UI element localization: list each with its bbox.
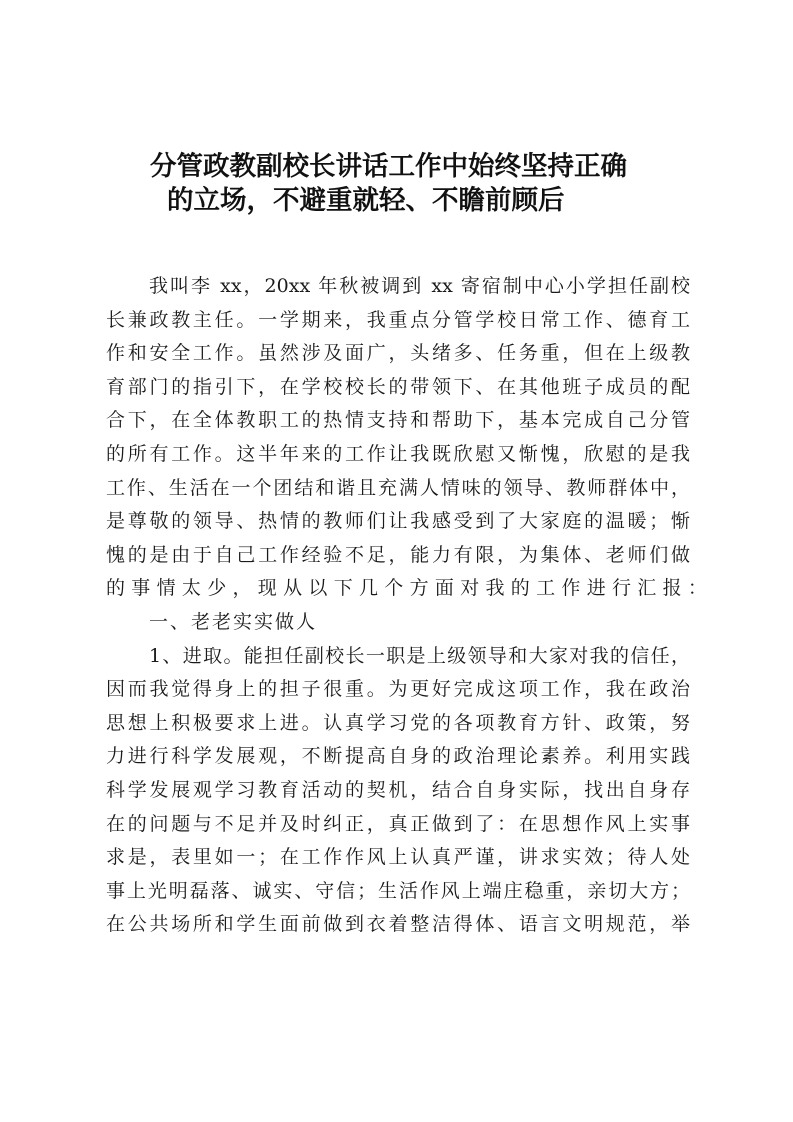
title-line-2: 的立场，不避重就轻、不瞻前顾后 (150, 184, 710, 218)
text-line: 工作、生活在一个团结和谐且充满人情味的领导、教师群体中， (106, 472, 690, 506)
text-line: 求是，表里如一；在工作作风上认真严谨，讲求实效；待人处 (106, 841, 690, 875)
text-line: 长兼政教主任。一学期来，我重点分管学校日常工作、德育工 (106, 304, 690, 338)
section-heading-text: 一、老老实实做人 (106, 606, 690, 640)
text-line: 的所有工作。这半年来的工作让我既欣慰又惭愧，欣慰的是我 (106, 438, 690, 472)
text-line: 愧的是由于自己工作经验不足，能力有限，为集体、老师们做 (106, 539, 690, 573)
text-line: 合下，在全体教职工的热情支持和帮助下，基本完成自己分管 (106, 404, 690, 438)
document-title: 分管政教副校长讲话工作中始终坚持正确 的立场，不避重就轻、不瞻前顾后 (150, 150, 710, 218)
title-line-1: 分管政教副校长讲话工作中始终坚持正确 (150, 150, 710, 184)
text-line: 在公共场所和学生面前做到衣着整洁得体、语言文明规范，举 (106, 908, 690, 942)
text-line: 1、进取。能担任副校长一职是上级领导和大家对我的信任， (106, 640, 690, 674)
text-line: 在的问题与不足并及时纠正，真正做到了：在思想作风上实事 (106, 808, 690, 842)
document-body: 我叫李 xx，20xx 年秋被调到 xx 寄宿制中心小学担任副校 长兼政教主任。… (106, 270, 690, 942)
text-line: 育部门的指引下，在学校校长的带领下、在其他班子成员的配 (106, 371, 690, 405)
paragraph-progress: 1、进取。能担任副校长一职是上级领导和大家对我的信任， 因而我觉得身上的担子很重… (106, 640, 690, 942)
document-page: 分管政教副校长讲话工作中始终坚持正确 的立场，不避重就轻、不瞻前顾后 我叫李 x… (0, 0, 793, 1122)
text-line: 思想上积极要求上进。认真学习党的各项教育方针、政策，努 (106, 707, 690, 741)
text-line: 的事情太少，现从以下几个方面对我的工作进行汇报： (106, 572, 690, 606)
text-line: 科学发展观学习教育活动的契机，结合自身实际，找出自身存 (106, 774, 690, 808)
text-line: 作和安全工作。虽然涉及面广，头绪多、任务重，但在上级教 (106, 337, 690, 371)
paragraph-intro: 我叫李 xx，20xx 年秋被调到 xx 寄宿制中心小学担任副校 长兼政教主任。… (106, 270, 690, 606)
section-heading: 一、老老实实做人 (106, 606, 690, 640)
text-line: 因而我觉得身上的担子很重。为更好完成这项工作，我在政治 (106, 673, 690, 707)
text-line: 我叫李 xx，20xx 年秋被调到 xx 寄宿制中心小学担任副校 (106, 270, 690, 304)
text-line: 力进行科学发展观，不断提高自身的政治理论素养。利用实践 (106, 740, 690, 774)
text-line: 事上光明磊落、诚实、守信；生活作风上端庄稳重，亲切大方； (106, 875, 690, 909)
text-line: 是尊敬的领导、热情的教师们让我感受到了大家庭的温暖；惭 (106, 505, 690, 539)
